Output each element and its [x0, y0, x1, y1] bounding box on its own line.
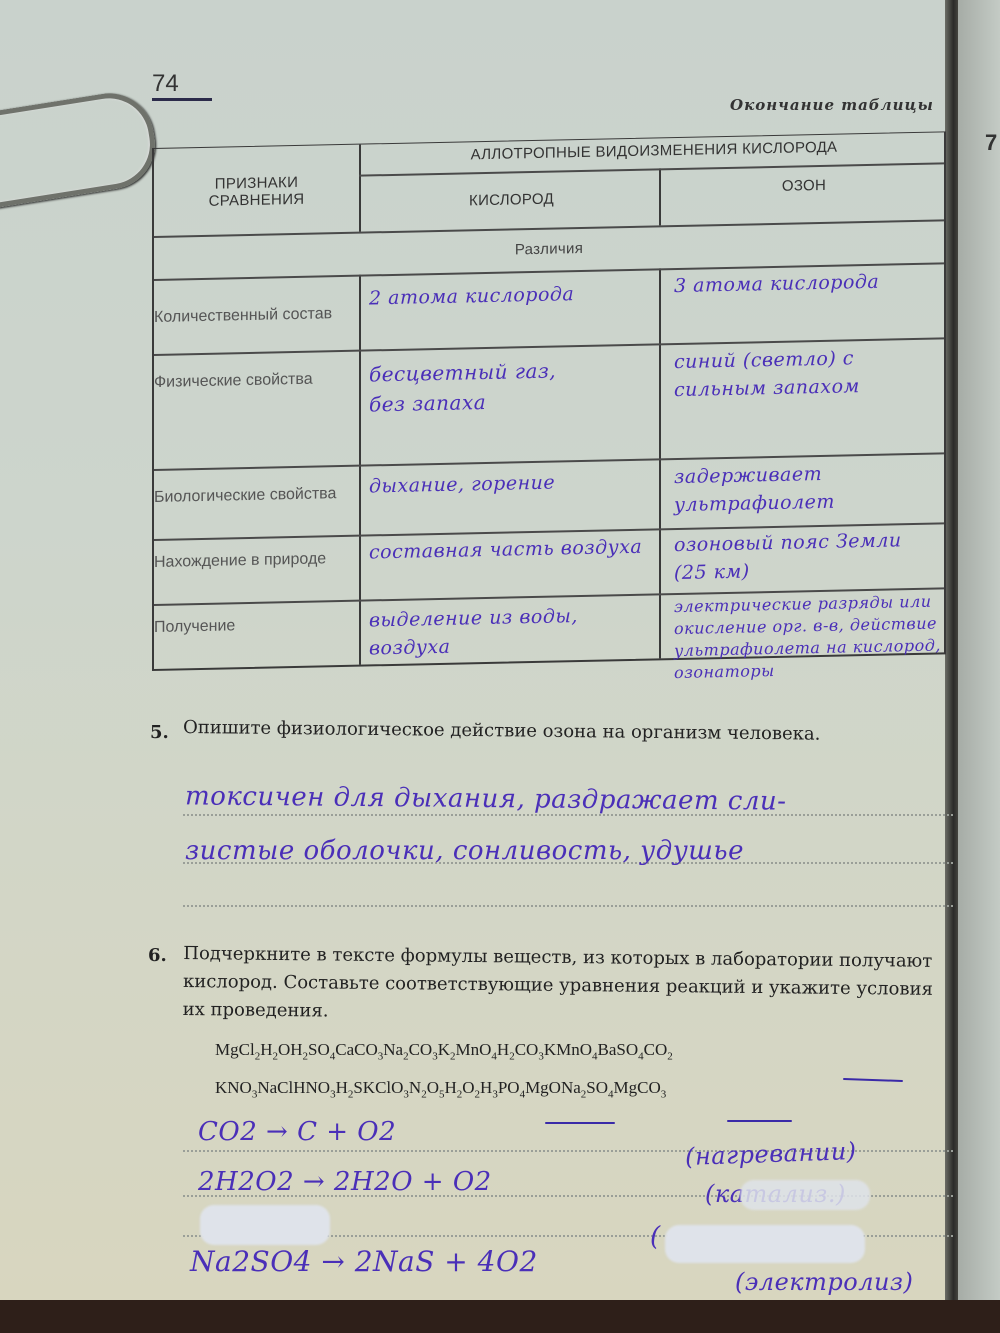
table-divider: [359, 275, 361, 665]
header-oxygen: КИСЛОРОД: [369, 188, 654, 211]
row-label-occurrence: Нахождение в природе: [154, 550, 344, 572]
formula-line-2: KNO3NaClHNO3H2SKClO3N2O5H2O2H3PO4MgONa2S…: [215, 1078, 666, 1100]
comparison-table: ПРИЗНАКИ СРАВНЕНИЯ АЛЛОТРОПНЫЕ ВИДОИЗМЕН…: [152, 131, 946, 671]
task6-number: 6.: [148, 945, 167, 966]
table-divider: [359, 162, 944, 176]
equation-1: CO2 → C + O2: [198, 1120, 396, 1144]
task5-answer-line-1: токсичен для дыхания, раздражает сли-: [185, 781, 787, 816]
condition-4: (электролиз): [735, 1270, 913, 1294]
correction-fluid-mark: [200, 1205, 330, 1245]
header-ozone: ОЗОН: [669, 175, 939, 198]
task5-number: 5.: [150, 722, 169, 743]
table-divider: [359, 145, 361, 232]
desk-background: [0, 1300, 1000, 1333]
book-gutter: [945, 0, 959, 1300]
page-number-rule: [152, 98, 212, 101]
cell-ozone-composition: 3 атома кислорода: [674, 269, 939, 299]
condition-1: (нагревании): [685, 1139, 857, 1169]
page-number: 74: [152, 70, 179, 98]
section-differences: Различия: [154, 232, 944, 266]
table-divider: [659, 268, 661, 658]
header-allotropes: АЛЛОТРОПНЫЕ ВИДОИЗМЕНЕНИЯ КИСЛОРОДА: [369, 137, 939, 166]
cell-oxygen-biological: дыхание, горение: [369, 468, 654, 498]
answer-line: [183, 905, 953, 907]
cell-ozone-occurrence: озоновый пояс Земли (25 км): [674, 526, 939, 588]
task6-question: Подчеркните в тексте формулы веществ, из…: [183, 940, 954, 1032]
row-label-biological: Биологические свойства: [154, 485, 344, 507]
correction-fluid-mark: [665, 1225, 865, 1263]
table-divider: [659, 168, 661, 225]
correction-fluid-mark: [740, 1180, 870, 1210]
next-page-number: 7: [985, 130, 997, 156]
task5-answer-line-2: зистые оболочки, сонливость, удушье: [185, 836, 744, 866]
row-label-production: Получение: [154, 615, 344, 637]
row-label-composition: Количественный состав: [154, 305, 344, 327]
condition-3: (: [650, 1225, 661, 1249]
cell-ozone-physical: синий (светло) с сильным запахом: [674, 343, 939, 405]
row-label-physical: Физические свойства: [154, 370, 344, 392]
cell-oxygen-physical: бесцветный газ, без запаха: [369, 355, 569, 419]
cell-oxygen-occurrence: составная часть воздуха: [369, 533, 654, 565]
next-page-edge: [958, 0, 1000, 1310]
table-caption: Окончание таблицы: [730, 96, 934, 114]
equation-2: 2H2O2 → 2H2O + O2: [198, 1170, 492, 1194]
cell-oxygen-composition: 2 атома кислорода: [369, 281, 649, 311]
formula-line-1: MgCl2H2OH2SO4CaCO3Na2CO3K2MnO4H2CO3KMnO4…: [215, 1040, 673, 1062]
cell-ozone-biological: задерживает ультрафиолет: [674, 458, 939, 520]
underline-h2o2: [545, 1122, 615, 1124]
equation-4: Na2SO4 → 2NaS + 4O2: [190, 1250, 538, 1274]
cell-oxygen-production: выделение из воды, воздуха: [369, 601, 639, 663]
header-criteria: ПРИЗНАКИ СРАВНЕНИЯ: [174, 173, 339, 210]
underline-na2so4: [727, 1120, 792, 1122]
cell-ozone-production: электрические разряды или окисление орг.…: [674, 590, 944, 684]
